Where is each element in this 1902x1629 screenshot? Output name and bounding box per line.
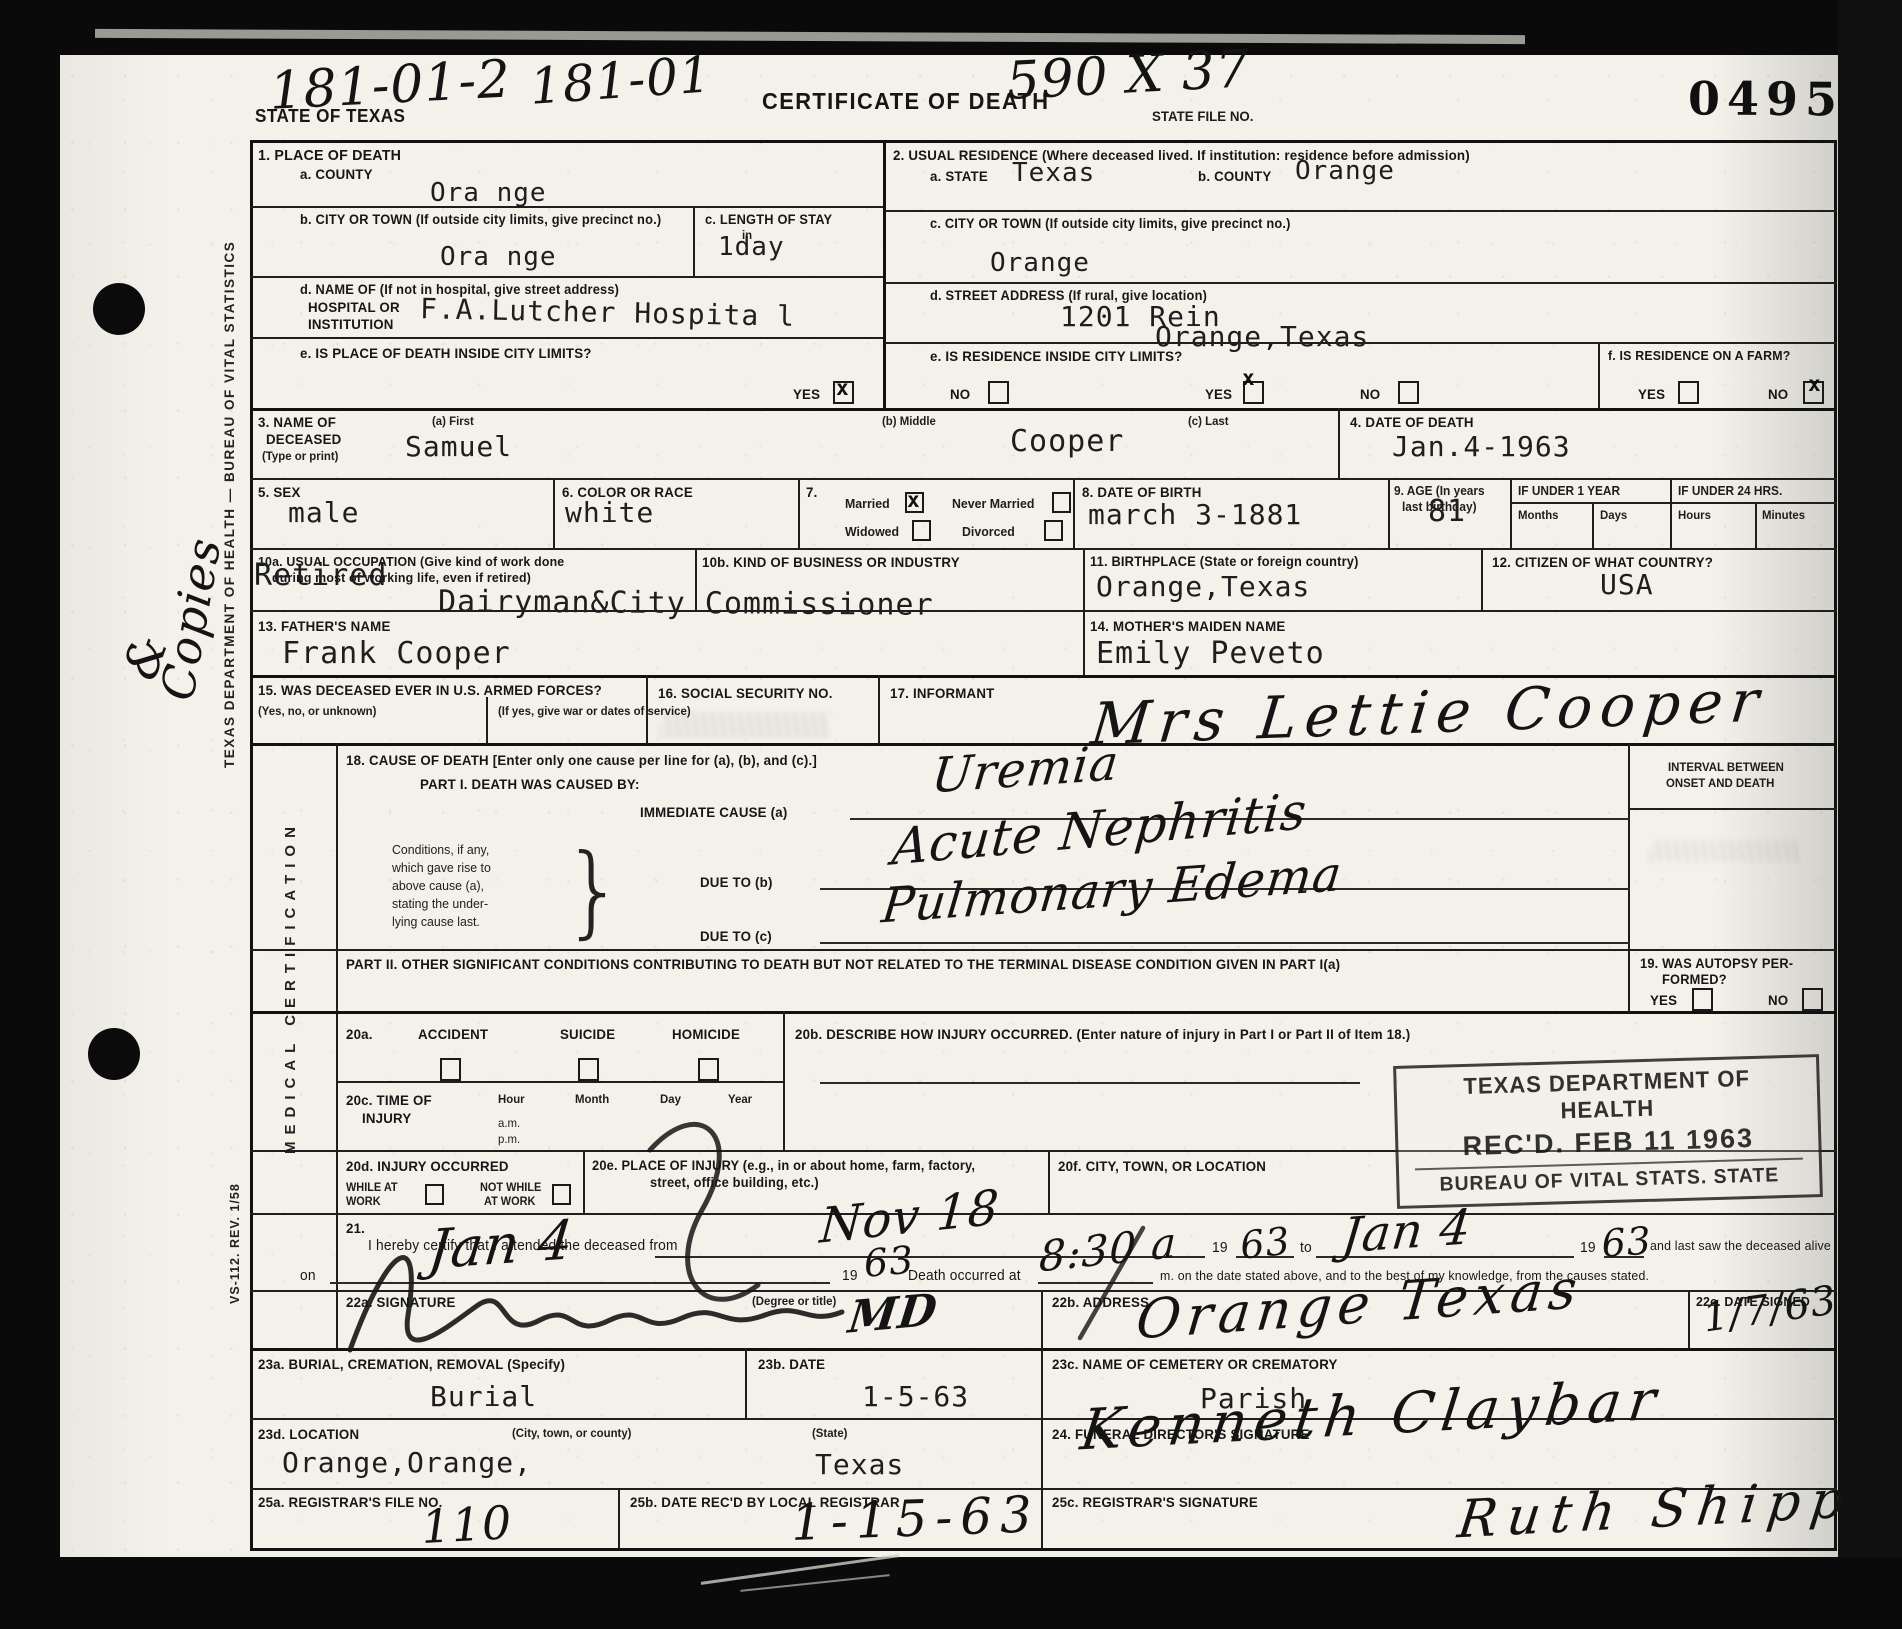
month-label: Month: [575, 1092, 609, 1106]
cause-title: 18. CAUSE OF DEATH [Enter only one cause…: [346, 752, 817, 768]
county-value: Ora nge: [430, 178, 547, 208]
cert-on: on: [300, 1268, 316, 1284]
race-value: white: [565, 496, 654, 529]
injury-c-label1: 20c. TIME OF: [346, 1092, 432, 1108]
grid-line: [250, 276, 885, 278]
res-no-label: NO: [1360, 386, 1380, 402]
residence-county-value: Orange: [1295, 156, 1395, 186]
grid-line: [883, 140, 886, 410]
first-name-value: Samuel: [405, 430, 512, 463]
autopsy-no-label: NO: [1768, 992, 1788, 1008]
burial-location-value2: Texas: [815, 1448, 904, 1481]
grid-line: [618, 1488, 620, 1548]
cert-blank-line: [330, 1282, 830, 1284]
name-label1: 3. NAME OF: [258, 414, 336, 430]
certificate-paper: [60, 55, 1838, 1557]
scan-border-right: [1838, 0, 1902, 1629]
farm-yes-label: YES: [1638, 386, 1665, 402]
grid-line: [693, 206, 695, 278]
grid-line: [336, 743, 338, 1350]
widowed-label: Widowed: [845, 524, 899, 539]
sex-value: male: [288, 496, 359, 529]
grid-line: [885, 210, 1837, 212]
res-yes-checkmark: x: [1242, 366, 1255, 390]
hospital-name-label2: HOSPITAL OR: [308, 299, 400, 315]
hour-label: Hour: [498, 1092, 525, 1106]
injury-b-label: 20b. DESCRIBE HOW INJURY OCCURRED. (Ente…: [795, 1026, 1410, 1042]
grid-line: [1628, 743, 1630, 1013]
autopsy-yes-label: YES: [1650, 992, 1677, 1008]
residence-county-label: b. COUNTY: [1198, 168, 1271, 184]
never-married-label: Never Married: [952, 496, 1034, 511]
injury-f-label: 20f. CITY, TOWN, OR LOCATION: [1058, 1158, 1266, 1174]
minutes-label: Minutes: [1762, 508, 1805, 522]
due-to-b-label: DUE TO (b): [700, 874, 773, 890]
while-at-work-checkbox: [425, 1184, 444, 1205]
autopsy-yes-checkbox: [1692, 988, 1713, 1011]
grid-line: [250, 206, 885, 208]
name-label3: (Type or print): [262, 449, 338, 463]
punch-hole-bottom: [88, 1028, 140, 1080]
res-yes-label: YES: [1205, 386, 1232, 402]
grid-line: [250, 337, 885, 339]
registrar-file-label: 25a. REGISTRAR'S FILE NO.: [258, 1494, 443, 1510]
farm-no-label: NO: [1768, 386, 1788, 402]
residence-state-label: a. STATE: [930, 168, 988, 184]
stamp-line2: REC'D. FEB 11 1963: [1408, 1121, 1809, 1163]
cert-number: 21.: [346, 1220, 365, 1236]
grid-line: [745, 1348, 747, 1418]
divorced-checkbox: [1044, 520, 1063, 541]
pod-yes-label: YES: [793, 386, 820, 402]
father-name-label: 13. FATHER'S NAME: [258, 618, 391, 634]
scan-border-bottom: [0, 1557, 1902, 1629]
birthplace-label: 11. BIRTHPLACE (State or foreign country…: [1090, 554, 1359, 569]
certificate-number-stamp: 04956: [1688, 71, 1883, 126]
conditions-brace: }: [562, 832, 626, 949]
injury-blank-line: [820, 1082, 1360, 1084]
cert-on-date-hw: Jan 4: [425, 1208, 576, 1282]
homicide-checkbox: [698, 1058, 719, 1081]
conditions-note-5: lying cause last.: [392, 914, 480, 929]
res-farm-label: f. IS RESIDENCE ON A FARM?: [1608, 348, 1790, 363]
part1-label: PART I. DEATH WAS CAUSED BY:: [420, 776, 640, 792]
physician-signature-suffix: MD: [846, 1284, 941, 1343]
address-label: 22b. ADDRESS: [1052, 1294, 1149, 1310]
armed-forces-sub1: (Yes, no, or unknown): [258, 704, 376, 718]
grid-line: [1510, 478, 1512, 550]
cert-on-year-hw: 63: [862, 1238, 916, 1286]
grid-line: [1592, 502, 1594, 550]
interval-label1: INTERVAL BETWEEN: [1668, 760, 1784, 774]
grid-line: [250, 408, 1837, 411]
autopsy-label2: FORMED?: [1662, 972, 1727, 987]
signature-label: 22a. SIGNATURE: [346, 1294, 456, 1310]
day-label: Day: [660, 1092, 681, 1106]
grid-line: [1481, 548, 1483, 612]
cause-line-c: [820, 942, 1630, 944]
farm-yes-checkbox: [1678, 381, 1699, 404]
armed-forces-label: 15. WAS DECEASED EVER IN U.S. ARMED FORC…: [258, 682, 602, 698]
father-name-value: Frank Cooper: [282, 636, 511, 671]
stamp-line3: BUREAU OF VITAL STATS. STATE: [1415, 1158, 1804, 1198]
grid-line: [1834, 140, 1837, 1551]
married-checkmark: x: [907, 488, 920, 512]
date-of-death-value: Jan.4-1963: [1392, 430, 1571, 463]
grid-line: [1338, 408, 1340, 480]
pm-label: p.m.: [498, 1132, 520, 1146]
grid-line: [878, 675, 880, 745]
registrar-signature-label: 25c. REGISTRAR'S SIGNATURE: [1052, 1494, 1258, 1510]
conditions-note-4: stating the under-: [392, 896, 488, 911]
grid-line: [250, 1348, 1837, 1351]
accident-checkbox: [440, 1058, 461, 1081]
registrar-file-value: 110: [420, 1495, 514, 1554]
burial-date-label: 23b. DATE: [758, 1356, 825, 1372]
grid-line: [1083, 548, 1085, 612]
cert-blank-line: [1038, 1282, 1153, 1284]
city-or-town-label: b. CITY OR TOWN (If outside city limits,…: [300, 212, 661, 227]
grid-line: [1388, 478, 1390, 550]
conditions-note-1: Conditions, if any,: [392, 842, 489, 857]
stamp-line1: TEXAS DEPARTMENT OF HEALTH: [1414, 1064, 1799, 1129]
injury-a-label: 20a.: [346, 1026, 373, 1042]
state-of-texas-label: STATE OF TEXAS: [255, 106, 405, 127]
grid-line: [1628, 808, 1837, 810]
registrar-date-value: 1-15-63: [790, 1485, 1041, 1552]
farm-no-checkmark: x: [1808, 372, 1821, 396]
scan-border-top: [0, 0, 1902, 55]
grid-line: [250, 949, 1837, 951]
cert-from-year-hw: 63: [1238, 1219, 1293, 1268]
widowed-checkbox: [912, 520, 931, 541]
length-of-stay-label: c. LENGTH OF STAY: [705, 212, 832, 227]
suicide-label: SUICIDE: [560, 1026, 615, 1042]
married-label: Married: [845, 496, 890, 511]
grid-line: [486, 697, 488, 743]
county-label: a. COUNTY: [300, 166, 373, 182]
cert-to-date-hw: Jan 4: [1339, 1199, 1474, 1265]
immediate-cause-label: IMMEDIATE CAUSE (a): [640, 804, 787, 820]
injury-e-label1: 20e. PLACE OF INJURY (e.g., in or about …: [592, 1158, 975, 1173]
first-name-label: (a) First: [432, 414, 474, 428]
grid-line: [1041, 1290, 1043, 1350]
homicide-label: HOMICIDE: [672, 1026, 740, 1042]
cert-line2a: Death occurred at: [908, 1268, 1021, 1284]
grid-line: [1688, 1290, 1690, 1350]
autopsy-no-checkbox: [1802, 988, 1823, 1011]
grid-line: [250, 140, 253, 1551]
pod-city-limits-label: e. IS PLACE OF DEATH INSIDE CITY LIMITS?: [300, 345, 592, 361]
residence-city-label: c. CITY OR TOWN (If outside city limits,…: [930, 216, 1291, 231]
grid-line: [583, 1150, 585, 1215]
while-at-work-label1: WHILE AT: [346, 1182, 398, 1194]
last-name-value: Cooper: [1010, 424, 1124, 459]
grid-line: [1041, 1418, 1043, 1488]
cert-to-year-hw: 63: [1600, 1218, 1653, 1265]
informant-label: 17. INFORMANT: [890, 685, 994, 701]
accident-label: ACCIDENT: [418, 1026, 488, 1042]
grid-line: [885, 282, 1837, 284]
signature-degree-label: (Degree or title): [752, 1294, 836, 1308]
residence-state-value: Texas: [1012, 158, 1095, 188]
injury-d-label: 20d. INJURY OCCURRED: [346, 1158, 509, 1174]
business-value: Dairyman&City Commissioner: [438, 584, 934, 622]
received-stamp: TEXAS DEPARTMENT OF HEALTH REC'D. FEB 11…: [1393, 1054, 1823, 1209]
street-address-value2: Orange,Texas: [1155, 320, 1369, 353]
hospital-name-label3: INSTITUTION: [308, 316, 394, 332]
burial-location-value1: Orange,Orange,: [282, 1446, 532, 1479]
cert-year3: 19: [842, 1268, 858, 1284]
interval-smudge: [1650, 840, 1800, 862]
interval-label2: ONSET AND DEATH: [1666, 776, 1774, 790]
injury-c-label2: INJURY: [362, 1110, 411, 1126]
cert-year1: 19: [1212, 1240, 1228, 1256]
residence-city-value: Orange: [990, 248, 1090, 278]
date-of-birth-value: march 3-1881: [1088, 498, 1302, 531]
handwritten-code-right: 590 X 37: [1005, 39, 1251, 112]
burial-location-label: 23d. LOCATION: [258, 1426, 359, 1442]
side-medical-certification-label: MEDICAL CERTIFICATION: [282, 772, 299, 1154]
mother-name-label: 14. MOTHER'S MAIDEN NAME: [1090, 618, 1285, 634]
age-value: 81: [1428, 494, 1466, 529]
not-while-at-work-label2: AT WORK: [484, 1196, 535, 1208]
grid-line: [1041, 1488, 1043, 1548]
side-department-label: TEXAS DEPARTMENT OF HEALTH — BUREAU OF V…: [222, 282, 237, 768]
grid-line: [1041, 1348, 1043, 1418]
divorced-label: Divorced: [962, 524, 1015, 539]
conditions-note-3: above cause (a),: [392, 878, 484, 893]
grid-line: [1755, 502, 1757, 550]
marital-label: 7.: [806, 484, 817, 500]
date-of-death-label: 4. DATE OF DEATH: [1350, 414, 1474, 430]
grid-line: [1510, 502, 1837, 504]
if-under-24-hrs-label: IF UNDER 24 HRS.: [1678, 484, 1782, 498]
place-of-death-title: 1. PLACE OF DEATH: [258, 147, 401, 164]
if-under-1-year-label: IF UNDER 1 YEAR: [1518, 484, 1620, 498]
due-to-c-label: DUE TO (c): [700, 928, 772, 944]
autopsy-label1: 19. WAS AUTOPSY PER-: [1640, 956, 1793, 971]
res-city-limits-label: e. IS RESIDENCE INSIDE CITY LIMITS?: [930, 348, 1182, 364]
burial-location-sub1: (City, town, or county): [512, 1426, 631, 1440]
grid-line: [338, 1081, 785, 1083]
burial-label: 23a. BURIAL, CREMATION, REMOVAL (Specify…: [258, 1356, 565, 1372]
ssn-label: 16. SOCIAL SECURITY NO.: [658, 685, 833, 701]
scan-border-left: [0, 0, 60, 1629]
pod-no-label: NO: [950, 386, 970, 402]
grid-line: [1670, 478, 1672, 550]
punch-hole-top: [93, 283, 145, 335]
grid-line: [250, 548, 1837, 550]
name-label2: DECEASED: [266, 431, 341, 447]
cert-year2: 19: [1580, 1240, 1596, 1256]
grid-line: [553, 478, 555, 550]
last-name-label: (c) Last: [1188, 414, 1229, 428]
citizen-value: USA: [1600, 568, 1654, 601]
res-no-checkbox: [1398, 381, 1419, 404]
mother-name-value: Emily Peveto: [1096, 636, 1325, 671]
hours-label: Hours: [1678, 508, 1711, 522]
business-label: 10b. KIND OF BUSINESS OR INDUSTRY: [702, 554, 960, 570]
grid-line: [798, 478, 800, 550]
suicide-checkbox: [578, 1058, 599, 1081]
year-label: Year: [728, 1092, 752, 1106]
grid-line: [250, 1011, 1837, 1014]
occupation-value: Retired: [254, 558, 387, 593]
state-file-no-label: STATE FILE NO.: [1152, 108, 1253, 124]
am-label: a.m.: [498, 1116, 520, 1130]
grid-line: [250, 1290, 1837, 1292]
burial-location-sub2: (State): [812, 1426, 847, 1440]
not-while-at-work-checkbox: [552, 1184, 571, 1205]
never-married-checkbox: [1052, 492, 1071, 513]
length-of-stay-value: 1day: [718, 232, 785, 262]
pod-no-checkbox: [988, 381, 1009, 404]
grid-line: [250, 140, 1837, 143]
burial-date-value: 1-5-63: [862, 1380, 969, 1413]
grid-line: [1048, 1150, 1050, 1215]
cemetery-label: 23c. NAME OF CEMETERY OR CREMATORY: [1052, 1356, 1338, 1372]
part2-label: PART II. OTHER SIGNIFICANT CONDITIONS CO…: [346, 956, 1340, 972]
grid-line: [1598, 342, 1600, 410]
side-form-code: VS-112. REV. 1/58: [228, 1152, 242, 1304]
cert-line1b: and last saw the deceased alive: [1650, 1238, 1831, 1253]
grid-line: [1073, 478, 1075, 550]
middle-name-label: (b) Middle: [882, 414, 936, 428]
pod-yes-checkmark: x: [836, 376, 849, 400]
not-while-at-work-label1: NOT WHILE: [480, 1182, 541, 1194]
ssn-smudge: [660, 712, 830, 738]
cert-to: to: [1300, 1240, 1312, 1256]
while-at-work-label2: WORK: [346, 1196, 381, 1208]
grid-line: [250, 478, 1837, 480]
months-label: Months: [1518, 508, 1559, 522]
birthplace-value: Orange,Texas: [1096, 570, 1310, 603]
grid-line: [1083, 610, 1085, 677]
city-or-town-value: Ora nge: [440, 242, 557, 272]
conditions-note-2: which gave rise to: [392, 860, 491, 875]
days-label: Days: [1600, 508, 1627, 522]
burial-value: Burial: [430, 1380, 537, 1413]
injury-e-label2: street, office building, etc.): [650, 1175, 819, 1190]
